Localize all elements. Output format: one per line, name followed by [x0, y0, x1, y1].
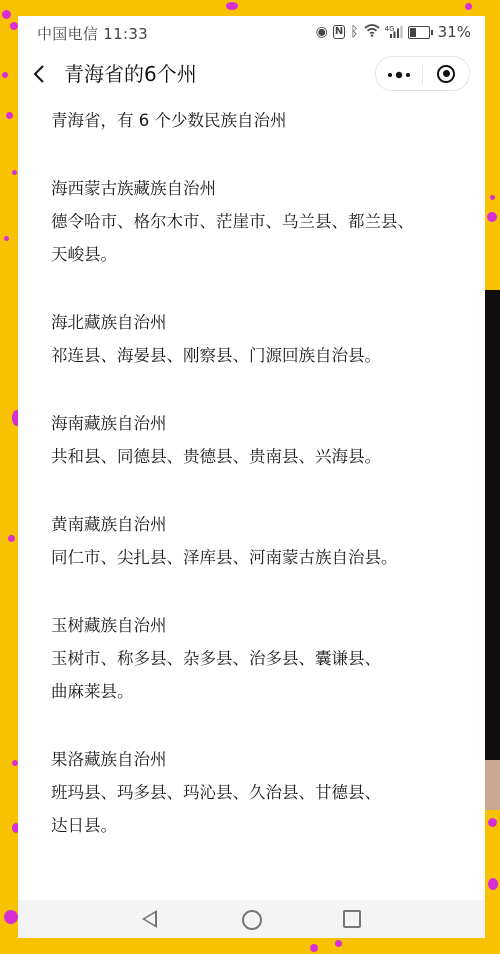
decor-dot	[226, 2, 238, 10]
decor-dot	[12, 170, 17, 175]
prefecture-name: 海北藏族自治州	[51, 306, 461, 339]
decor-dot	[8, 535, 15, 542]
decor-dot	[487, 212, 497, 222]
decor-dot	[4, 236, 9, 241]
status-bar: 中国电信 11:33 ◉ N ᛒ 4G 31%	[18, 16, 485, 50]
background-photo-skin	[484, 760, 500, 810]
nav-bar: 青海省的6个州	[18, 54, 485, 94]
system-home-button[interactable]	[242, 910, 262, 930]
decor-dot	[310, 944, 318, 952]
wifi-icon	[364, 24, 380, 41]
page-title: 青海省的6个州	[64, 60, 197, 88]
clock: 11:33	[103, 25, 148, 43]
4g-signal-icon: 4G	[385, 25, 403, 39]
decor-dot	[488, 818, 497, 827]
decor-dot	[465, 3, 472, 10]
decor-dot	[2, 10, 11, 19]
intro-text: 青海省，有 6 个少数民族自治州	[51, 104, 461, 137]
decor-dot	[6, 112, 13, 119]
system-navigation-bar	[18, 900, 485, 938]
county-list-line: 达日县。	[51, 809, 461, 842]
battery-percent: 31%	[438, 23, 471, 41]
decor-dot	[488, 878, 498, 890]
carrier-label: 中国电信	[37, 25, 98, 43]
county-list-line: 祁连县、海晏县、刚察县、门源回族自治县。	[51, 339, 461, 372]
county-list-line: 玉树市、称多县、杂多县、治多县、囊谦县、	[51, 642, 461, 675]
decor-dot	[2, 72, 8, 78]
article-body: 青海省，有 6 个少数民族自治州 海西蒙古族藏族自治州 德令哈市、格尔木市、茫崖…	[51, 104, 461, 842]
battery-icon	[408, 26, 430, 39]
county-list-line: 天峻县。	[51, 238, 461, 271]
eye-icon: ◉	[316, 24, 328, 40]
county-list-line: 德令哈市、格尔木市、茫崖市、乌兰县、都兰县、	[51, 205, 461, 238]
target-circle-icon	[437, 65, 455, 83]
prefecture-name: 海南藏族自治州	[51, 407, 461, 440]
county-list-line: 班玛县、玛多县、玛沁县、久治县、甘德县、	[51, 776, 461, 809]
status-right: ◉ N ᛒ 4G 31%	[316, 23, 471, 41]
prefecture-name: 玉树藏族自治州	[51, 609, 461, 642]
miniprogram-capsule	[375, 56, 470, 91]
close-miniprogram-button[interactable]	[423, 65, 469, 83]
nfc-icon: N	[333, 25, 345, 39]
phone-screen: 中国电信 11:33 ◉ N ᛒ 4G 31% 青海省的6个州	[18, 16, 485, 938]
bluetooth-icon: ᛒ	[350, 24, 358, 40]
county-list-line: 共和县、同德县、贵德县、贵南县、兴海县。	[51, 440, 461, 473]
prefecture-name: 海西蒙古族藏族自治州	[51, 172, 461, 205]
status-left: 中国电信 11:33	[37, 23, 148, 44]
battery-tip	[431, 30, 433, 35]
prefecture-name: 果洛藏族自治州	[51, 743, 461, 776]
decor-dot	[335, 940, 342, 947]
county-list-line: 曲麻莱县。	[51, 675, 461, 708]
prefecture-name: 黄南藏族自治州	[51, 508, 461, 541]
decor-dot	[10, 22, 18, 30]
background-photo-dark	[484, 290, 500, 810]
system-back-button[interactable]	[142, 910, 157, 928]
more-button[interactable]	[376, 64, 422, 83]
decor-dot	[4, 910, 18, 924]
system-recents-button[interactable]	[343, 910, 361, 928]
decor-dot	[490, 195, 495, 200]
back-button[interactable]	[32, 58, 46, 92]
chevron-left-icon	[32, 63, 46, 85]
county-list-line: 同仁市、尖扎县、泽库县、河南蒙古族自治县。	[51, 541, 461, 574]
more-dots-icon	[387, 71, 411, 79]
